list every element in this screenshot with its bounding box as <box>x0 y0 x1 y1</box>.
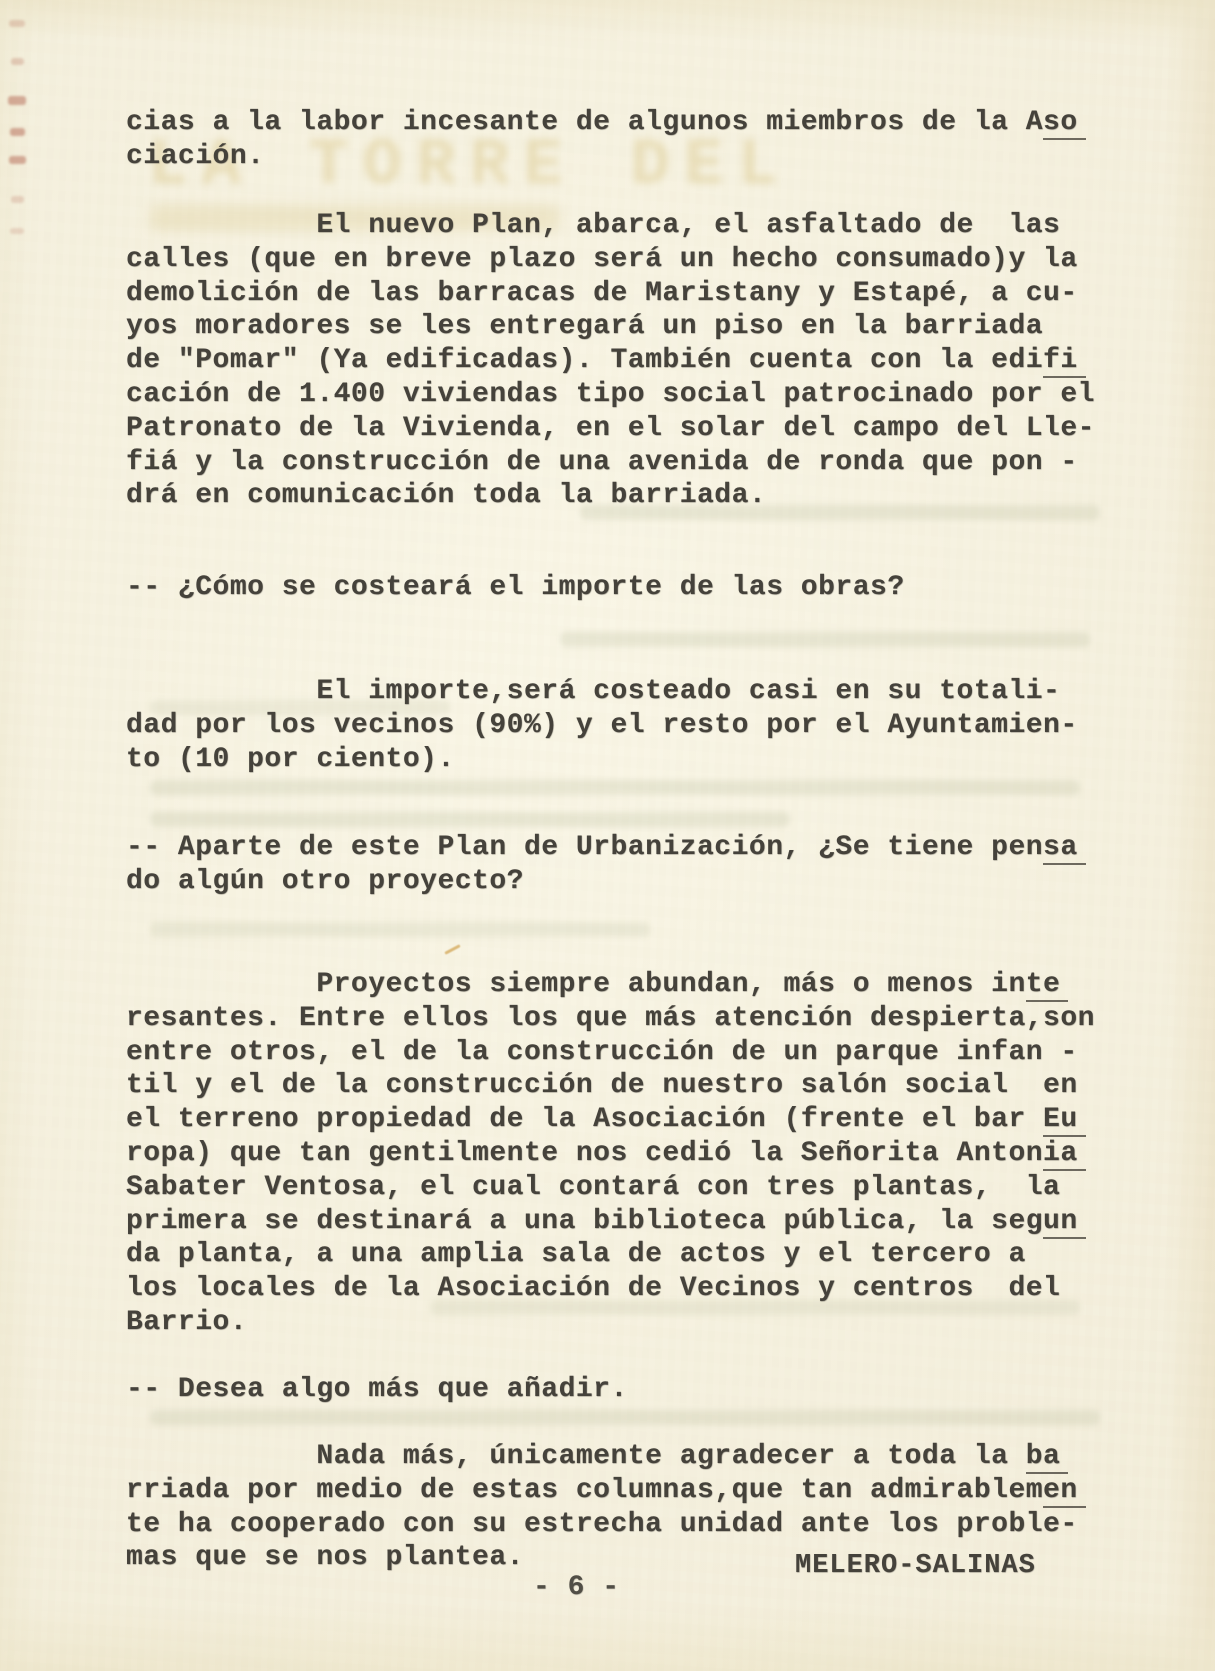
continuation-underlined-syllable: te <box>1026 969 1069 1002</box>
text-run: El importe,será costeado casi en su tota… <box>126 676 1060 707</box>
text-run: to (10 por ciento). <box>126 744 455 775</box>
text-run: til y el de la construcción de nuestro s… <box>126 1070 1078 1101</box>
text-line: demolición de las barracas de Maristany … <box>126 277 1095 311</box>
text-line: rriada por medio de estas columnas,que t… <box>126 1474 1086 1508</box>
text-run: calles (que en breve plazo será un hecho… <box>126 244 1078 275</box>
paragraph-plan: El nuevo Plan, abarca, el asfaltado de l… <box>126 209 1095 513</box>
continuation-underlined-syllable: sa <box>1043 832 1086 865</box>
text-run: Barrio. <box>126 1307 247 1338</box>
continuation-underlined-syllable: so <box>1043 107 1086 140</box>
question-final: -- Desea algo más que añadir. <box>126 1373 628 1407</box>
edge-smudge <box>11 58 24 65</box>
text-line: El importe,será costeado casi en su tota… <box>126 675 1078 709</box>
text-line: el terreno propiedad de la Asociación (f… <box>126 1103 1095 1137</box>
text-run: dad por los vecinos (90%) y el resto por… <box>126 710 1078 741</box>
text-run: los locales de la Asociación de Vecinos … <box>126 1273 1060 1304</box>
text-line: -- Aparte de este Plan de Urbanización, … <box>126 831 1086 865</box>
text-line: calles (que en breve plazo será un hecho… <box>126 243 1095 277</box>
text-line: primera se destinará a una biblioteca pú… <box>126 1205 1095 1239</box>
edge-smudge <box>8 96 26 105</box>
text-run: -- Desea algo más que añadir. <box>126 1374 628 1405</box>
text-line: cación de 1.400 viviendas tipo social pa… <box>126 378 1095 412</box>
scanned-document-page: { "page": { "background_color": "#f3eedb… <box>0 0 1215 1671</box>
text-run: cación de 1.400 viviendas tipo social pa… <box>126 379 1095 410</box>
text-run: ciación. <box>126 141 264 172</box>
continuation-underlined-syllable: ia <box>1043 1138 1086 1171</box>
text-line: ciación. <box>126 140 1086 174</box>
text-run: de "Pomar" (Ya edificadas). También cuen… <box>126 345 1043 376</box>
edge-smudge <box>10 128 25 136</box>
edge-smudge <box>9 156 26 164</box>
text-run: te ha cooperado con su estrecha unidad a… <box>126 1509 1078 1540</box>
text-line: -- Desea algo más que añadir. <box>126 1373 628 1407</box>
question-projects: -- Aparte de este Plan de Urbanización, … <box>126 831 1086 899</box>
text-run: drá en comunicación toda la barriada. <box>126 480 766 511</box>
page-number: - 6 - <box>533 1572 620 1603</box>
continuation-underlined-syllable: en <box>1043 1475 1086 1508</box>
text-run: cias a la labor incesante de algunos mie… <box>126 107 1043 138</box>
text-line: Nada más, únicamente agradecer a toda la… <box>126 1440 1086 1474</box>
text-run: resantes. Entre ellos los que más atenci… <box>126 1003 1095 1034</box>
text-line: entre otros, el de la construcción de un… <box>126 1036 1095 1070</box>
signature: MELERO-SALINAS <box>795 1551 1036 1581</box>
text-line: los locales de la Asociación de Vecinos … <box>126 1272 1095 1306</box>
paragraph-intro-continuation: cias a la labor incesante de algunos mie… <box>126 106 1086 174</box>
edge-smudge <box>9 20 25 27</box>
text-line: til y el de la construcción de nuestro s… <box>126 1069 1095 1103</box>
continuation-underlined-syllable: fi <box>1043 345 1086 378</box>
question-cost: -- ¿Cómo se costeará el importe de las o… <box>126 571 905 605</box>
text-run: rriada por medio de estas columnas,que t… <box>126 1475 1043 1506</box>
text-run: primera se destinará a una biblioteca pú… <box>126 1206 1043 1237</box>
text-run: mas que se nos plantea. <box>126 1542 524 1573</box>
text-line: resantes. Entre ellos los que más atenci… <box>126 1002 1095 1036</box>
text-run: yos moradores se les entregará un piso e… <box>126 311 1043 342</box>
show-through-line <box>150 922 650 937</box>
text-run: El nuevo Plan, abarca, el asfaltado de l… <box>126 210 1060 241</box>
text-line: Proyectos siempre abundan, más o menos i… <box>126 968 1095 1002</box>
text-line: de "Pomar" (Ya edificadas). También cuen… <box>126 344 1095 378</box>
text-line: dad por los vecinos (90%) y el resto por… <box>126 709 1078 743</box>
text-line: Barrio. <box>126 1306 1095 1340</box>
text-line: do algún otro proyecto? <box>126 865 1086 899</box>
text-run: Nada más, únicamente agradecer a toda la <box>126 1441 1026 1472</box>
edge-smudge <box>10 228 24 234</box>
text-run: do algún otro proyecto? <box>126 866 524 897</box>
text-run: -- ¿Cómo se costeará el importe de las o… <box>126 572 905 603</box>
continuation-underlined-syllable: Eu <box>1043 1104 1086 1137</box>
continuation-underlined-syllable: un <box>1043 1206 1086 1239</box>
text-line: drá en comunicación toda la barriada. <box>126 479 1095 513</box>
show-through-line <box>150 1410 1100 1425</box>
text-run: ropa) que tan gentilmente nos cedió la S… <box>126 1138 1043 1169</box>
text-line: El nuevo Plan, abarca, el asfaltado de l… <box>126 209 1095 243</box>
text-line: -- ¿Cómo se costeará el importe de las o… <box>126 571 905 605</box>
show-through-line <box>560 632 1090 647</box>
answer-projects: Proyectos siempre abundan, más o menos i… <box>126 968 1095 1340</box>
text-run: demolición de las barracas de Maristany … <box>126 278 1078 309</box>
text-line: te ha cooperado con su estrecha unidad a… <box>126 1508 1086 1542</box>
text-run: Sabater Ventosa, el cual contará con tre… <box>126 1172 1060 1203</box>
text-run: Patronato de la Vivienda, en el solar de… <box>126 413 1095 444</box>
text-line: Patronato de la Vivienda, en el solar de… <box>126 412 1095 446</box>
text-line: yos moradores se les entregará un piso e… <box>126 310 1095 344</box>
show-through-line <box>150 812 790 827</box>
continuation-underlined-syllable: ba <box>1026 1441 1069 1474</box>
text-line: fiá y la construcción de una avenida de … <box>126 446 1095 480</box>
text-line: to (10 por ciento). <box>126 743 1078 777</box>
text-run: fiá y la construcción de una avenida de … <box>126 447 1078 478</box>
show-through-line <box>150 780 1080 795</box>
text-run: el terreno propiedad de la Asociación (f… <box>126 1104 1043 1135</box>
text-line: ropa) que tan gentilmente nos cedió la S… <box>126 1137 1095 1171</box>
edge-smudge <box>11 196 24 203</box>
text-run: entre otros, el de la construcción de un… <box>126 1037 1078 1068</box>
text-line: Sabater Ventosa, el cual contará con tre… <box>126 1171 1095 1205</box>
answer-cost: El importe,será costeado casi en su tota… <box>126 675 1078 776</box>
text-run: Proyectos siempre abundan, más o menos i… <box>126 969 1026 1000</box>
text-run: da planta, a una amplia sala de actos y … <box>126 1239 1026 1270</box>
text-run: -- Aparte de este Plan de Urbanización, … <box>126 832 1043 863</box>
text-line: cias a la labor incesante de algunos mie… <box>126 106 1086 140</box>
text-line: da planta, a una amplia sala de actos y … <box>126 1238 1095 1272</box>
